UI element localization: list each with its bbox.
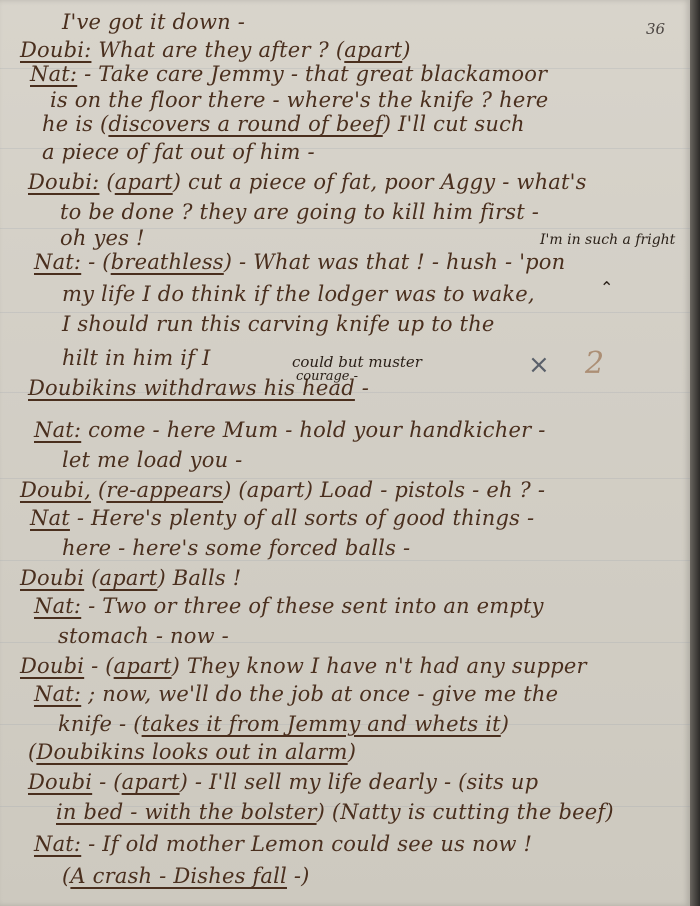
speaker-name: Doubi: [20, 566, 84, 590]
manuscript-line: Doubi - (apart) - I'll sell my life dear…: [28, 770, 538, 794]
speaker-name: Doubi:: [20, 38, 91, 62]
speaker-name: Doubi: [20, 654, 84, 678]
stage-direction: apart: [99, 566, 157, 590]
insertion-caret-icon: ⌃: [600, 278, 613, 297]
manuscript-line: is on the floor there - where's the knif…: [50, 88, 548, 112]
line-text: let me load you -: [62, 448, 242, 472]
manuscript-line: Doubi: What are they after ? (apart): [20, 38, 411, 62]
line-text: - (: [91, 654, 114, 678]
line-text: to be done ? they are going to kill him …: [60, 200, 539, 224]
manuscript-line: Nat: - Two or three of these sent into a…: [34, 594, 544, 618]
margin-cross-mark-icon: ×: [528, 350, 550, 380]
line-text-after: ): [501, 712, 509, 736]
stage-direction: breathless: [111, 250, 224, 274]
stage-direction: A crash - Dishes fall: [70, 864, 287, 888]
manuscript-page: 36 I've got it down -Doubi: What are the…: [0, 0, 690, 906]
manuscript-line: oh yes !: [60, 226, 145, 250]
manuscript-line: (Doubikins looks out in alarm): [28, 740, 356, 764]
line-text-after: ) - I'll sell my life dearly - (sits up: [180, 770, 539, 794]
speaker-name: Doubi: [28, 770, 92, 794]
manuscript-line: Doubi, (re-appears) (apart) Load - pisto…: [20, 478, 545, 502]
manuscript-line: Doubi - (apart) They know I have n't had…: [20, 654, 587, 678]
line-text: a piece of fat out of him -: [42, 140, 315, 164]
line-text: - Take care Jemmy - that great blackamoo…: [84, 62, 547, 86]
speaker-name: Nat:: [34, 682, 81, 706]
insertion-courage: courage -: [296, 369, 358, 384]
manuscript-line: he is (discovers a round of beef) I'll c…: [42, 112, 525, 136]
line-text: stomach - now -: [58, 624, 229, 648]
line-text: I should run this carving knife up to th…: [62, 312, 495, 336]
line-text: What are they after ? (: [98, 38, 344, 62]
manuscript-line: Nat: ; now, we'll do the job at once - g…: [34, 682, 558, 706]
speaker-name: Doubi,: [20, 478, 91, 502]
stage-direction: takes it from Jemmy and whets it: [142, 712, 501, 736]
line-text: my life I do think if the lodger was to …: [62, 282, 535, 306]
line-text: here - here's some forced balls -: [62, 536, 410, 560]
manuscript-line: Nat - Here's plenty of all sorts of good…: [30, 506, 534, 530]
line-text-after: ) (apart) Load - pistols - eh ? -: [223, 478, 545, 502]
manuscript-line: I've got it down -: [62, 10, 245, 34]
line-text-after: ) They know I have n't had any supper: [172, 654, 587, 678]
line-text: come - here Mum - hold your handkicher -: [88, 418, 545, 442]
ruled-line: [0, 560, 690, 561]
line-text: I've got it down -: [62, 10, 245, 34]
stage-direction: in bed - with the bolster: [56, 800, 317, 824]
line-text: - (: [99, 770, 122, 794]
manuscript-line: Nat: come - here Mum - hold your handkic…: [34, 418, 546, 442]
stage-direction: apart: [115, 170, 173, 194]
line-text: he is (: [42, 112, 108, 136]
speaker-name: Doubi:: [28, 170, 99, 194]
line-text: is on the floor there - where's the knif…: [50, 88, 548, 112]
stage-direction: Doubikins looks out in alarm: [36, 740, 347, 764]
manuscript-line: let me load you -: [62, 448, 242, 472]
manuscript-line: I should run this carving knife up to th…: [62, 312, 495, 336]
line-text: ; now, we'll do the job at once - give m…: [88, 682, 558, 706]
line-text-after: ) (Natty is cutting the beef): [317, 800, 614, 824]
line-text: hilt in him if I: [62, 346, 210, 370]
line-text-after: ) I'll cut such: [383, 112, 525, 136]
manuscript-line: Doubi (apart) Balls !: [20, 566, 241, 590]
manuscript-line: (A crash - Dishes fall -): [62, 864, 310, 888]
speaker-name: Nat:: [34, 832, 81, 856]
manuscript-line: to be done ? they are going to kill him …: [60, 200, 539, 224]
line-text-after: ): [348, 740, 356, 764]
line-text: - Two or three of these sent into an emp…: [88, 594, 544, 618]
line-text-after: ) cut a piece of fat, poor Aggy - what's: [173, 170, 587, 194]
speaker-name: Nat:: [34, 418, 81, 442]
stage-direction: re-appears: [106, 478, 223, 502]
line-text-after: -): [287, 864, 310, 888]
line-text: - If old mother Lemon could see us now !: [88, 832, 532, 856]
insertion-fright: I'm in such a fright: [540, 232, 675, 248]
line-text-after: ) - What was that ! - hush - 'pon: [224, 250, 566, 274]
stage-direction: discovers a round of beef: [108, 112, 382, 136]
speaker-name: Nat:: [30, 62, 77, 86]
manuscript-line: in bed - with the bolster) (Natty is cut…: [56, 800, 614, 824]
stage-direction: apart: [114, 654, 172, 678]
line-text: - (: [88, 250, 111, 274]
margin-number-mark: 2: [585, 346, 604, 381]
manuscript-line: Nat: - If old mother Lemon could see us …: [34, 832, 532, 856]
manuscript-line: Nat: - Take care Jemmy - that great blac…: [30, 62, 547, 86]
line-text-after: ) Balls !: [157, 566, 241, 590]
manuscript-line: here - here's some forced balls -: [62, 536, 410, 560]
speaker-name: Nat:: [34, 594, 81, 618]
manuscript-line: Doubi: (apart) cut a piece of fat, poor …: [28, 170, 587, 194]
line-text: - Here's plenty of all sorts of good thi…: [77, 506, 535, 530]
page-edge-shadow: [690, 0, 700, 906]
stage-direction: apart: [122, 770, 180, 794]
manuscript-line: my life I do think if the lodger was to …: [62, 282, 535, 306]
manuscript-line: a piece of fat out of him -: [42, 140, 315, 164]
manuscript-line: hilt in him if I: [62, 346, 210, 370]
line-text: (: [106, 170, 114, 194]
manuscript-line: Nat: - (breathless) - What was that ! - …: [34, 250, 565, 274]
manuscript-line: knife - (takes it from Jemmy and whets i…: [58, 712, 509, 736]
manuscript-line: stomach - now -: [58, 624, 229, 648]
stage-direction: apart: [344, 38, 402, 62]
speaker-name: Nat:: [34, 250, 81, 274]
line-text: oh yes !: [60, 226, 145, 250]
speaker-name: Nat: [30, 506, 70, 530]
line-text: knife - (: [58, 712, 142, 736]
page-number: 36: [646, 20, 665, 38]
line-text-after: ): [402, 38, 410, 62]
